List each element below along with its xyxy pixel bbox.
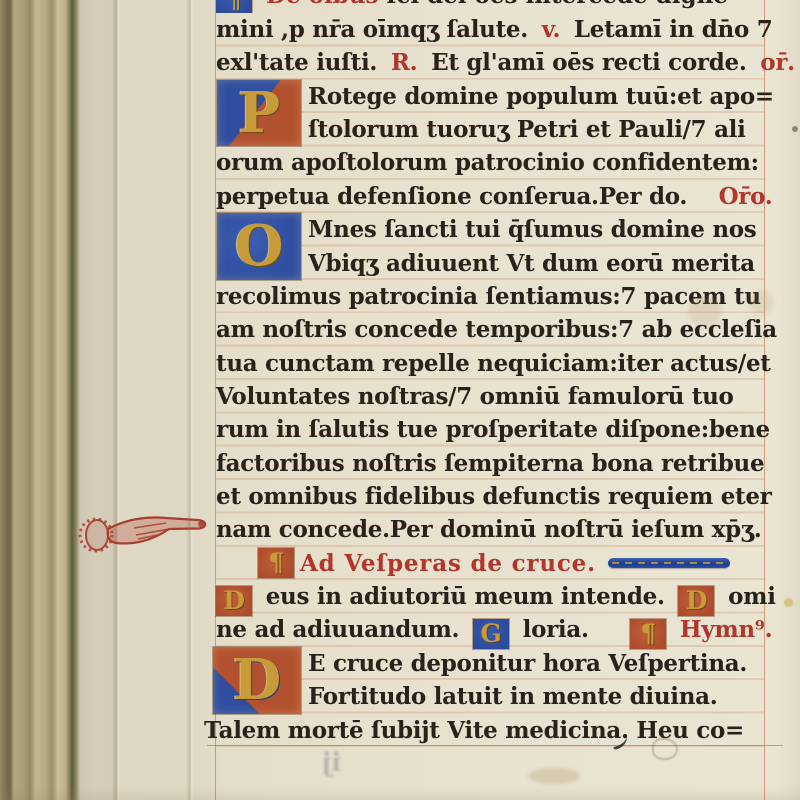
- versicle-mark: v.: [542, 16, 560, 43]
- text-run: rum in ſalutis tue proſperitate diſpone:…: [216, 416, 770, 443]
- illuminated-initial-omnes: O: [217, 213, 301, 280]
- text-run: et omnibus fidelibus defunctis requiem e…: [216, 483, 772, 510]
- pilcrow-icon: ¶: [258, 548, 294, 578]
- manuscript-line: factoribus noſtris ſempiterna bona retri…: [216, 447, 764, 480]
- text-run: Rotege domine populum tuū:et apo=: [308, 83, 774, 110]
- illuminated-initial-deus: D: [216, 586, 252, 616]
- smudge: [792, 126, 798, 132]
- manuscript-line: perpetua defenſione conſerua.Per do. Or̄…: [216, 180, 764, 213]
- text-run: perpetua defenſione conſerua.Per do.: [216, 183, 687, 210]
- clipped-text-line: ¶ De oībus ſcī dei oēs intercede digne: [216, 0, 764, 13]
- manuscript-line: exl'tate iuſti. R. Et gl'amī oēs recti c…: [216, 46, 764, 79]
- text-run: recolimus patrocinia ſentiamus:7 pacem t…: [216, 283, 761, 310]
- text-run: mini ,p nr̄a oīmqʒ ſalute.: [216, 16, 528, 43]
- ruling-line-vertical-right: [764, 0, 765, 800]
- illuminated-initial-domine: D: [678, 586, 714, 616]
- manuscript-line: ne ad adiuuandum. G loria. ¶ Hymn⁹.: [216, 613, 764, 646]
- manuscript-line: rum in ſalutis tue proſperitate diſpone:…: [216, 413, 764, 446]
- pilcrow-icon: ¶: [630, 619, 666, 649]
- text-run: Voluntates noſtras/7 omniū famulorū tuo: [216, 383, 734, 410]
- manuscript-line: tua cunctam repelle nequiciam:iter actus…: [216, 347, 764, 380]
- text-run: ſtolorum tuoruʒ Petri et Pauli/7 ali: [308, 116, 746, 143]
- text-run: E cruce deponitur hora Veſpertina.: [308, 650, 747, 677]
- manuscript-line: recolimus patrocinia ſentiamus:7 pacem t…: [216, 280, 764, 313]
- parchment-crease: [112, 0, 120, 800]
- text-run: exl'tate iuſti.: [216, 49, 377, 76]
- manuscript-line: am noſtris concede temporibus:7 ab eccle…: [216, 313, 764, 346]
- manuscript-line: Talem mortē ſubijt Vite medicina. Heu co…: [204, 714, 764, 747]
- text-run: ſcī dei oēs intercede digne: [386, 0, 728, 9]
- showthrough-text: ij: [322, 748, 341, 778]
- text-run: omi: [728, 583, 776, 610]
- smudge: [688, 296, 722, 326]
- line-filler-bar: [608, 558, 730, 568]
- smudge: [784, 598, 793, 607]
- manuscript-line: orum apoſtolorum patrocinio confidentem:: [216, 146, 764, 179]
- smudge: [748, 290, 774, 314]
- smudge: [528, 768, 580, 784]
- manuscript-page-photo: ¶ De oībus ſcī dei oēs intercede digne m…: [0, 0, 800, 800]
- rubric-run: De oībus: [266, 0, 378, 9]
- faint-doodle: [652, 738, 678, 760]
- parchment-crease: [186, 0, 194, 800]
- oratio-rubric: Or̄o.: [719, 183, 773, 210]
- section-heading: Ad Veſperas de cruce.: [300, 547, 596, 580]
- manuscript-line: et omnibus fidelibus defunctis requiem e…: [216, 480, 764, 513]
- illuminated-initial-gloria: G: [473, 619, 509, 649]
- page-edge-shade: [778, 0, 800, 800]
- text-run: Fortitudo latuit in mente diuina.: [308, 683, 717, 710]
- illuminated-initial-protege: P: [217, 80, 301, 146]
- text-run: factoribus noſtris ſempiterna bona retri…: [216, 450, 764, 477]
- response-mark: R.: [391, 49, 418, 76]
- book-gutter-page-edges: [0, 0, 118, 800]
- section-heading-line: ¶ Ad Veſperas de cruce.: [216, 547, 764, 580]
- text-run: tua cunctam repelle nequiciam:iter actus…: [216, 350, 771, 377]
- text-run: eus in adiutoriū meum intende.: [266, 583, 665, 610]
- hymn-rubric: Hymn⁹.: [680, 616, 772, 643]
- manuscript-line: D eus in adiutoriū meum intende. D omi: [216, 580, 764, 613]
- pilcrow-icon: ¶: [216, 0, 252, 13]
- text-run: Letamī in dn̄o 7: [574, 16, 773, 43]
- text-run: Mnes ſancti tui q̄ſumus domine nos: [308, 216, 756, 243]
- manuscript-line: Voluntates noſtras/7 omniū famulorū tuo: [216, 380, 764, 413]
- manuscript-line: nam concede.Per dominū noſtrū ieſum xp̄ʒ…: [216, 513, 764, 546]
- manuscript-line: mini ,p nr̄a oīmqʒ ſalute. v. Letamī in …: [216, 13, 764, 46]
- text-run: Et gl'amī oēs recti corde.: [431, 49, 746, 76]
- text-run: nam concede.Per dominū noſtrū ieſum xp̄ʒ…: [216, 516, 761, 543]
- manicule-icon: [72, 501, 232, 563]
- oratio-mark: or̄.: [760, 49, 795, 76]
- text-run: ne ad adiuuandum.: [216, 616, 459, 643]
- page-edge-shade: [0, 786, 800, 800]
- text-run: loria.: [523, 616, 589, 643]
- text-run: Vbiqʒ adiuuent Vt dum eorū merita: [308, 250, 755, 277]
- illuminated-initial-de-cruce: D: [213, 647, 301, 714]
- text-run: orum apoſtolorum patrocinio confidentem:: [216, 149, 759, 176]
